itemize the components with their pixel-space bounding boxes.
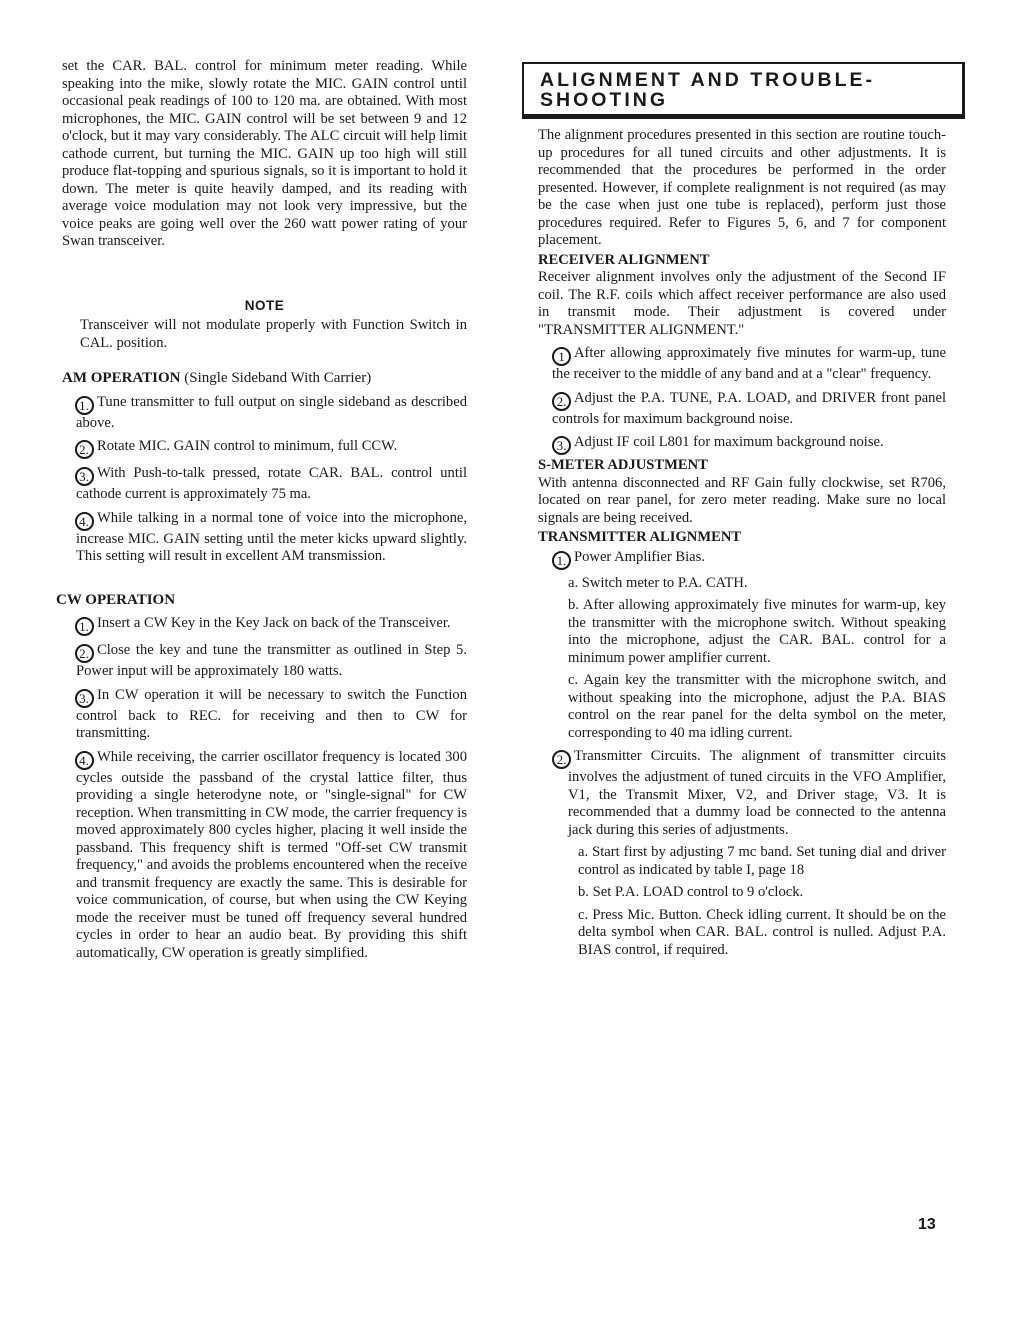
receiver-alignment-heading: RECEIVER ALIGNMENT — [538, 252, 946, 270]
receiver-alignment-body: Receiver alignment involves only the adj… — [538, 269, 946, 339]
step-number-circle-icon: 1. — [75, 617, 94, 636]
am-step-3: 3.With Push-to-talk pressed, rotate CAR.… — [62, 465, 467, 504]
transmitter-alignment-heading: TRANSMITTER ALIGNMENT — [538, 529, 946, 547]
section-title-line-2: SHOOTING — [540, 90, 952, 110]
receiver-step-2: 2.Adjust the P.A. TUNE, P.A. LOAD, and D… — [538, 390, 946, 429]
cw-step-4: 4.While receiving, the carrier oscillato… — [62, 749, 467, 963]
transmitter-step-2-sub-a: a. Start first by adjusting 7 mc band. S… — [538, 844, 946, 879]
section-title-box: ALIGNMENT AND TROUBLE- SHOOTING — [522, 62, 965, 119]
page-number: 13 — [918, 1216, 936, 1234]
step-number-circle-icon: 2. — [75, 644, 94, 663]
step-text: After allowing approximately five minute… — [552, 345, 946, 382]
note-block: NOTE Transceiver will not modulate prope… — [62, 297, 467, 353]
step-text: Insert a CW Key in the Key Jack on back … — [97, 615, 451, 631]
cw-step-1: 1.Insert a CW Key in the Key Jack on bac… — [62, 615, 467, 636]
cw-operation-heading: CW OPERATION — [56, 592, 467, 610]
cw-step-2: 2.Close the key and tune the transmitter… — [62, 642, 467, 681]
step-text: Adjust IF coil L801 for maximum backgrou… — [574, 434, 884, 450]
section-title-line-1: ALIGNMENT AND TROUBLE- — [540, 70, 952, 90]
step-number-circle-icon: 1. — [75, 396, 94, 415]
am-heading-text: AM OPERATION — [62, 370, 180, 386]
transmitter-step-1-sub-b: b. After allowing approximately five min… — [538, 597, 946, 667]
alignment-intro: The alignment procedures presented in th… — [538, 127, 946, 250]
s-meter-adjustment-body: With antenna disconnected and RF Gain fu… — [538, 475, 946, 528]
transmitter-step-2-sub-b: b. Set P.A. LOAD control to 9 o'clock. — [538, 884, 946, 902]
step-text: While talking in a normal tone of voice … — [76, 510, 467, 565]
transmitter-step-2: 2.Transmitter Circuits. The alignment of… — [538, 748, 946, 839]
am-operation-heading: AM OPERATION (Single Sideband With Carri… — [62, 370, 467, 388]
step-number-circle-icon: 1. — [552, 551, 571, 570]
am-step-1: 1.Tune transmitter to full output on sin… — [62, 394, 467, 433]
step-text: While receiving, the carrier oscillator … — [76, 749, 467, 961]
receiver-step-1: 1After allowing approximately five minut… — [538, 345, 946, 384]
step-number-circle-icon: 4. — [75, 751, 94, 770]
transmitter-step-1-sub-a: a. Switch meter to P.A. CATH. — [538, 575, 946, 593]
transmitter-step-2-sub-c: c. Press Mic. Button. Check idling curre… — [538, 907, 946, 960]
step-text: Adjust the P.A. TUNE, P.A. LOAD, and DRI… — [552, 390, 946, 427]
step-number-circle-icon: 3. — [75, 689, 94, 708]
step-number-circle-icon: 2. — [552, 392, 571, 411]
am-step-2: 2.Rotate MIC. GAIN control to minimum, f… — [62, 438, 467, 459]
step-text: Tune transmitter to full output on singl… — [76, 394, 467, 431]
transmitter-step-1: 1.Power Amplifier Bias. — [538, 549, 946, 570]
step-number-circle-icon: 2. — [75, 440, 94, 459]
step-text: Power Amplifier Bias. — [574, 549, 705, 565]
step-number-circle-icon: 3. — [75, 467, 94, 486]
continued-paragraph: set the CAR. BAL. control for minimum me… — [62, 58, 467, 251]
step-text: In CW operation it will be necessary to … — [76, 687, 467, 742]
am-subheading-text: (Single Sideband With Carrier) — [184, 370, 371, 386]
step-text: Close the key and tune the transmitter a… — [76, 642, 467, 679]
step-number-circle-icon: 1 — [552, 347, 571, 366]
step-text: With Push-to-talk pressed, rotate CAR. B… — [76, 465, 467, 502]
s-meter-adjustment-heading: S-METER ADJUSTMENT — [538, 457, 946, 475]
cw-step-3: 3.In CW operation it will be necessary t… — [62, 687, 467, 743]
step-text: Transmitter Circuits. The alignment of t… — [568, 748, 946, 838]
receiver-step-3: 3.Adjust IF coil L801 for maximum backgr… — [538, 434, 946, 455]
left-column: set the CAR. BAL. control for minimum me… — [62, 58, 467, 962]
note-title: NOTE — [62, 297, 467, 315]
step-number-circle-icon: 3. — [552, 436, 571, 455]
note-body: Transceiver will not modulate properly w… — [62, 317, 467, 352]
am-step-4: 4.While talking in a normal tone of voic… — [62, 510, 467, 566]
right-column: ALIGNMENT AND TROUBLE- SHOOTING The alig… — [538, 62, 946, 959]
step-number-circle-icon: 4. — [75, 512, 94, 531]
step-number-circle-icon: 2. — [552, 750, 571, 769]
step-text: Rotate MIC. GAIN control to minimum, ful… — [97, 438, 397, 454]
transmitter-step-1-sub-c: c. Again key the transmitter with the mi… — [538, 672, 946, 742]
